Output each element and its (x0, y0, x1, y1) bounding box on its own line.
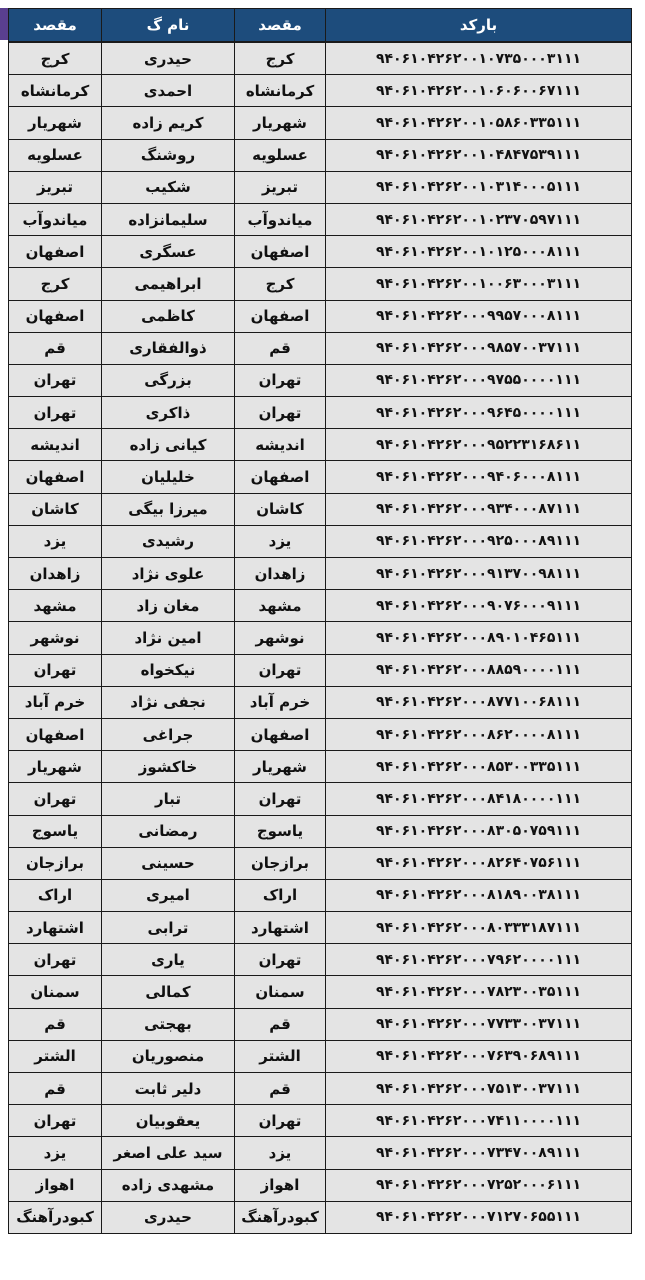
destination-1-cell: کاشان (235, 493, 326, 525)
barcode-cell: ۹۴۰۶۱۰۴۲۶۲۰۰۰۸۸۵۹۰۰۰۰۱۱۱ (326, 654, 632, 686)
destination-1-cell: تبریز (235, 171, 326, 203)
barcode-cell: ۹۴۰۶۱۰۴۲۶۲۰۰۰۹۶۴۵۰۰۰۰۱۱۱ (326, 397, 632, 429)
header-destination-1: مقصد (235, 9, 326, 43)
name-cell: حیدری (102, 42, 235, 75)
barcode-cell: ۹۴۰۶۱۰۴۲۶۲۰۰۱۰۰۶۳۰۰۰۳۱۱۱ (326, 268, 632, 300)
name-cell: کاظمی (102, 300, 235, 332)
table-row: ۹۴۰۶۱۰۴۲۶۲۰۰۰۸۳۰۵۰۷۵۹۱۱۱یاسوجرمضانییاسوج (9, 815, 632, 847)
barcode-cell: ۹۴۰۶۱۰۴۲۶۲۰۰۰۸۹۰۱۰۴۶۵۱۱۱ (326, 622, 632, 654)
destination-2-cell: تهران (9, 944, 102, 976)
name-cell: احمدی (102, 75, 235, 107)
destination-1-cell: الشتر (235, 1040, 326, 1072)
name-cell: منصوریان (102, 1040, 235, 1072)
name-cell: سید علی اصغر (102, 1137, 235, 1169)
name-cell: نیکخواه (102, 654, 235, 686)
barcode-cell: ۹۴۰۶۱۰۴۲۶۲۰۰۰۹۰۷۶۰۰۰۹۱۱۱ (326, 590, 632, 622)
name-cell: میرزا بیگی (102, 493, 235, 525)
destination-2-cell: برازجان (9, 847, 102, 879)
name-cell: مغان زاد (102, 590, 235, 622)
destination-1-cell: شهریار (235, 751, 326, 783)
header-destination-2: مقصد (9, 9, 102, 43)
destination-1-cell: اصفهان (235, 300, 326, 332)
barcode-cell: ۹۴۰۶۱۰۴۲۶۲۰۰۰۸۳۰۵۰۷۵۹۱۱۱ (326, 815, 632, 847)
barcode-cell: ۹۴۰۶۱۰۴۲۶۲۰۰۰۹۴۰۶۰۰۰۸۱۱۱ (326, 461, 632, 493)
destination-1-cell: سمنان (235, 976, 326, 1008)
destination-1-cell: تهران (235, 397, 326, 429)
barcode-cell: ۹۴۰۶۱۰۴۲۶۲۰۰۰۷۹۶۲۰۰۰۰۱۱۱ (326, 944, 632, 976)
destination-2-cell: کبودرآهنگ (9, 1201, 102, 1233)
table-row: ۹۴۰۶۱۰۴۲۶۲۰۰۱۰۲۳۷۰۵۹۷۱۱۱میاندوآبسلیمانزا… (9, 203, 632, 235)
destination-1-cell: اصفهان (235, 718, 326, 750)
table-row: ۹۴۰۶۱۰۴۲۶۲۰۰۱۰۵۸۶۰۳۳۵۱۱۱شهریارکریم زادهش… (9, 107, 632, 139)
name-cell: ترابی (102, 912, 235, 944)
destination-1-cell: زاهدان (235, 558, 326, 590)
destination-1-cell: کرج (235, 42, 326, 75)
barcode-cell: ۹۴۰۶۱۰۴۲۶۲۰۰۰۷۱۲۷۰۶۵۵۱۱۱ (326, 1201, 632, 1233)
table-row: ۹۴۰۶۱۰۴۲۶۲۰۰۰۹۱۳۷۰۰۹۸۱۱۱زاهدانعلوی نژادز… (9, 558, 632, 590)
table-row: ۹۴۰۶۱۰۴۲۶۲۰۰۰۸۹۰۱۰۴۶۵۱۱۱نوشهرامین نژادنو… (9, 622, 632, 654)
table-row: ۹۴۰۶۱۰۴۲۶۲۰۰۰۷۸۲۳۰۰۳۵۱۱۱سمنانکمالیسمنان (9, 976, 632, 1008)
shipment-table: بارکد مقصد نام گ مقصد ۹۴۰۶۱۰۴۲۶۲۰۰۱۰۷۳۵۰… (8, 8, 632, 1234)
destination-2-cell: اشتهارد (9, 912, 102, 944)
destination-1-cell: میاندوآب (235, 203, 326, 235)
table-row: ۹۴۰۶۱۰۴۲۶۲۰۰۰۹۶۴۵۰۰۰۰۱۱۱تهرانذاکریتهران (9, 397, 632, 429)
name-cell: روشنگ (102, 139, 235, 171)
table-row: ۹۴۰۶۱۰۴۲۶۲۰۰۰۷۱۲۷۰۶۵۵۱۱۱کبودرآهنگحیدریکب… (9, 1201, 632, 1233)
name-cell: یعقوبیان (102, 1105, 235, 1137)
destination-2-cell: سمنان (9, 976, 102, 1008)
table-body: ۹۴۰۶۱۰۴۲۶۲۰۰۱۰۷۳۵۰۰۰۳۱۱۱کرجحیدریکرج۹۴۰۶۱… (9, 42, 632, 1233)
name-cell: یاری (102, 944, 235, 976)
destination-1-cell: اراک (235, 879, 326, 911)
destination-1-cell: تهران (235, 783, 326, 815)
destination-2-cell: قم (9, 332, 102, 364)
destination-1-cell: یاسوج (235, 815, 326, 847)
barcode-cell: ۹۴۰۶۱۰۴۲۶۲۰۰۰۷۶۳۹۰۶۸۹۱۱۱ (326, 1040, 632, 1072)
barcode-cell: ۹۴۰۶۱۰۴۲۶۲۰۰۰۷۲۵۲۰۰۰۶۱۱۱ (326, 1169, 632, 1201)
destination-1-cell: قم (235, 332, 326, 364)
barcode-cell: ۹۴۰۶۱۰۴۲۶۲۰۰۰۹۱۳۷۰۰۹۸۱۱۱ (326, 558, 632, 590)
destination-2-cell: اندیشه (9, 429, 102, 461)
destination-2-cell: قم (9, 1073, 102, 1105)
name-cell: حسینی (102, 847, 235, 879)
destination-2-cell: تهران (9, 1105, 102, 1137)
table-row: ۹۴۰۶۱۰۴۲۶۲۰۰۰۸۲۶۴۰۷۵۶۱۱۱برازجانحسینیبراز… (9, 847, 632, 879)
table-row: ۹۴۰۶۱۰۴۲۶۲۰۰۱۰۴۸۴۷۵۳۹۱۱۱عسلویهروشنگعسلوی… (9, 139, 632, 171)
table-row: ۹۴۰۶۱۰۴۲۶۲۰۰۰۸۰۳۳۳۱۸۷۱۱۱اشتهاردترابیاشته… (9, 912, 632, 944)
destination-2-cell: خرم آباد (9, 686, 102, 718)
name-cell: نجفی نژاد (102, 686, 235, 718)
table-row: ۹۴۰۶۱۰۴۲۶۲۰۰۰۷۵۱۳۰۰۳۷۱۱۱قمدلیر ثابتقم (9, 1073, 632, 1105)
table-row: ۹۴۰۶۱۰۴۲۶۲۰۰۱۰۶۰۶۰۰۶۷۱۱۱کرمانشاهاحمدیکرم… (9, 75, 632, 107)
table-row: ۹۴۰۶۱۰۴۲۶۲۰۰۱۰۱۲۵۰۰۰۸۱۱۱اصفهانعسگریاصفها… (9, 236, 632, 268)
destination-2-cell: عسلویه (9, 139, 102, 171)
destination-2-cell: یاسوج (9, 815, 102, 847)
name-cell: کمالی (102, 976, 235, 1008)
destination-2-cell: یزد (9, 525, 102, 557)
destination-2-cell: اهواز (9, 1169, 102, 1201)
destination-1-cell: اهواز (235, 1169, 326, 1201)
table-row: ۹۴۰۶۱۰۴۲۶۲۰۰۰۸۸۵۹۰۰۰۰۱۱۱تهراننیکخواهتهرا… (9, 654, 632, 686)
destination-1-cell: اندیشه (235, 429, 326, 461)
barcode-cell: ۹۴۰۶۱۰۴۲۶۲۰۰۰۷۸۲۳۰۰۳۵۱۱۱ (326, 976, 632, 1008)
name-cell: شکیب (102, 171, 235, 203)
destination-2-cell: اصفهان (9, 300, 102, 332)
barcode-cell: ۹۴۰۶۱۰۴۲۶۲۰۰۰۹۳۴۰۰۰۸۷۱۱۱ (326, 493, 632, 525)
name-cell: بهجتی (102, 1008, 235, 1040)
barcode-cell: ۹۴۰۶۱۰۴۲۶۲۰۰۰۹۵۲۲۳۱۶۸۶۱۱ (326, 429, 632, 461)
table-row: ۹۴۰۶۱۰۴۲۶۲۰۰۰۷۹۶۲۰۰۰۰۱۱۱تهرانیاریتهران (9, 944, 632, 976)
table-row: ۹۴۰۶۱۰۴۲۶۲۰۰۰۹۵۲۲۳۱۶۸۶۱۱اندیشهکیانی زاده… (9, 429, 632, 461)
table-row: ۹۴۰۶۱۰۴۲۶۲۰۰۰۹۳۴۰۰۰۸۷۱۱۱کاشانمیرزا بیگیک… (9, 493, 632, 525)
destination-2-cell: قم (9, 1008, 102, 1040)
destination-1-cell: قم (235, 1073, 326, 1105)
name-cell: خاکشوز (102, 751, 235, 783)
destination-2-cell: الشتر (9, 1040, 102, 1072)
destination-2-cell: میاندوآب (9, 203, 102, 235)
table-row: ۹۴۰۶۱۰۴۲۶۲۰۰۰۹۴۰۶۰۰۰۸۱۱۱اصفهانخلیلیاناصف… (9, 461, 632, 493)
table-row: ۹۴۰۶۱۰۴۲۶۲۰۰۰۹۸۵۷۰۰۳۷۱۱۱قمذوالفقاریقم (9, 332, 632, 364)
name-cell: ابراهیمی (102, 268, 235, 300)
name-cell: جراغی (102, 718, 235, 750)
destination-2-cell: شهریار (9, 107, 102, 139)
destination-2-cell: کرج (9, 268, 102, 300)
barcode-cell: ۹۴۰۶۱۰۴۲۶۲۰۰۰۸۵۳۰۰۳۳۵۱۱۱ (326, 751, 632, 783)
name-cell: امین نژاد (102, 622, 235, 654)
barcode-cell: ۹۴۰۶۱۰۴۲۶۲۰۰۰۷۳۴۷۰۰۸۹۱۱۱ (326, 1137, 632, 1169)
name-cell: حیدری (102, 1201, 235, 1233)
destination-2-cell: تهران (9, 397, 102, 429)
name-cell: بزرگی (102, 364, 235, 396)
destination-2-cell: تهران (9, 364, 102, 396)
name-cell: امیری (102, 879, 235, 911)
destination-1-cell: کرج (235, 268, 326, 300)
destination-1-cell: نوشهر (235, 622, 326, 654)
table-row: ۹۴۰۶۱۰۴۲۶۲۰۰۰۷۳۴۷۰۰۸۹۱۱۱یزدسید علی اصغری… (9, 1137, 632, 1169)
destination-1-cell: عسلویه (235, 139, 326, 171)
destination-2-cell: کرج (9, 42, 102, 75)
barcode-cell: ۹۴۰۶۱۰۴۲۶۲۰۰۰۷۷۳۳۰۰۳۷۱۱۱ (326, 1008, 632, 1040)
destination-2-cell: نوشهر (9, 622, 102, 654)
barcode-cell: ۹۴۰۶۱۰۴۲۶۲۰۰۱۰۴۸۴۷۵۳۹۱۱۱ (326, 139, 632, 171)
destination-1-cell: اصفهان (235, 461, 326, 493)
destination-1-cell: یزد (235, 1137, 326, 1169)
name-cell: رمضانی (102, 815, 235, 847)
barcode-cell: ۹۴۰۶۱۰۴۲۶۲۰۰۰۹۹۵۷۰۰۰۸۱۱۱ (326, 300, 632, 332)
destination-1-cell: شهریار (235, 107, 326, 139)
barcode-cell: ۹۴۰۶۱۰۴۲۶۲۰۰۱۰۶۰۶۰۰۶۷۱۱۱ (326, 75, 632, 107)
barcode-cell: ۹۴۰۶۱۰۴۲۶۲۰۰۰۹۲۵۰۰۰۸۹۱۱۱ (326, 525, 632, 557)
barcode-cell: ۹۴۰۶۱۰۴۲۶۲۰۰۰۹۸۵۷۰۰۳۷۱۱۱ (326, 332, 632, 364)
destination-2-cell: اصفهان (9, 461, 102, 493)
table-row: ۹۴۰۶۱۰۴۲۶۲۰۰۰۹۰۷۶۰۰۰۹۱۱۱مشهدمغان زادمشهد (9, 590, 632, 622)
barcode-cell: ۹۴۰۶۱۰۴۲۶۲۰۰۰۸۰۳۳۳۱۸۷۱۱۱ (326, 912, 632, 944)
destination-1-cell: تهران (235, 654, 326, 686)
destination-1-cell: برازجان (235, 847, 326, 879)
name-cell: خلیلیان (102, 461, 235, 493)
destination-2-cell: تبریز (9, 171, 102, 203)
name-cell: عسگری (102, 236, 235, 268)
table-row: ۹۴۰۶۱۰۴۲۶۲۰۰۰۸۶۲۰۰۰۰۸۱۱۱اصفهانجراغیاصفها… (9, 718, 632, 750)
destination-1-cell: تهران (235, 364, 326, 396)
destination-2-cell: تهران (9, 783, 102, 815)
table-row: ۹۴۰۶۱۰۴۲۶۲۰۰۰۷۴۱۱۰۰۰۰۱۱۱تهرانیعقوبیانتهر… (9, 1105, 632, 1137)
header-barcode: بارکد (326, 9, 632, 43)
table-row: ۹۴۰۶۱۰۴۲۶۲۰۰۱۰۷۳۵۰۰۰۳۱۱۱کرجحیدریکرج (9, 42, 632, 75)
barcode-cell: ۹۴۰۶۱۰۴۲۶۲۰۰۱۰۲۳۷۰۵۹۷۱۱۱ (326, 203, 632, 235)
barcode-cell: ۹۴۰۶۱۰۴۲۶۲۰۰۰۸۶۲۰۰۰۰۸۱۱۱ (326, 718, 632, 750)
name-cell: کیانی زاده (102, 429, 235, 461)
barcode-cell: ۹۴۰۶۱۰۴۲۶۲۰۰۰۷۵۱۳۰۰۳۷۱۱۱ (326, 1073, 632, 1105)
table-row: ۹۴۰۶۱۰۴۲۶۲۰۰۰۸۷۷۱۰۰۶۸۱۱۱خرم آبادنجفی نژا… (9, 686, 632, 718)
barcode-cell: ۹۴۰۶۱۰۴۲۶۲۰۰۰۹۷۵۵۰۰۰۰۱۱۱ (326, 364, 632, 396)
destination-2-cell: مشهد (9, 590, 102, 622)
table-header: بارکد مقصد نام گ مقصد (9, 9, 632, 43)
barcode-cell: ۹۴۰۶۱۰۴۲۶۲۰۰۰۷۴۱۱۰۰۰۰۱۱۱ (326, 1105, 632, 1137)
table-row: ۹۴۰۶۱۰۴۲۶۲۰۰۰۷۷۳۳۰۰۳۷۱۱۱قمبهجتیقم (9, 1008, 632, 1040)
destination-2-cell: اصفهان (9, 718, 102, 750)
barcode-cell: ۹۴۰۶۱۰۴۲۶۲۰۰۱۰۷۳۵۰۰۰۳۱۱۱ (326, 42, 632, 75)
name-cell: ذاکری (102, 397, 235, 429)
destination-1-cell: اصفهان (235, 236, 326, 268)
barcode-cell: ۹۴۰۶۱۰۴۲۶۲۰۰۰۸۷۷۱۰۰۶۸۱۱۱ (326, 686, 632, 718)
barcode-cell: ۹۴۰۶۱۰۴۲۶۲۰۰۱۰۱۲۵۰۰۰۸۱۱۱ (326, 236, 632, 268)
name-cell: علوی نژاد (102, 558, 235, 590)
table-row: ۹۴۰۶۱۰۴۲۶۲۰۰۱۰۰۶۳۰۰۰۳۱۱۱کرجابراهیمیکرج (9, 268, 632, 300)
destination-1-cell: تهران (235, 1105, 326, 1137)
destination-1-cell: مشهد (235, 590, 326, 622)
destination-2-cell: اصفهان (9, 236, 102, 268)
destination-1-cell: یزد (235, 525, 326, 557)
table-row: ۹۴۰۶۱۰۴۲۶۲۰۰۰۹۲۵۰۰۰۸۹۱۱۱یزدرشیدییزد (9, 525, 632, 557)
destination-1-cell: خرم آباد (235, 686, 326, 718)
name-cell: تبار (102, 783, 235, 815)
name-cell: سلیمانزاده (102, 203, 235, 235)
destination-1-cell: اشتهارد (235, 912, 326, 944)
table-row: ۹۴۰۶۱۰۴۲۶۲۰۰۰۸۵۳۰۰۳۳۵۱۱۱شهریارخاکشوزشهری… (9, 751, 632, 783)
left-accent-bar (0, 8, 8, 40)
table-row: ۹۴۰۶۱۰۴۲۶۲۰۰۰۹۷۵۵۰۰۰۰۱۱۱تهرانبزرگیتهران (9, 364, 632, 396)
destination-1-cell: کبودرآهنگ (235, 1201, 326, 1233)
table-row: ۹۴۰۶۱۰۴۲۶۲۰۰۰۸۴۱۸۰۰۰۰۱۱۱تهرانتبارتهران (9, 783, 632, 815)
name-cell: رشیدی (102, 525, 235, 557)
destination-2-cell: تهران (9, 654, 102, 686)
barcode-cell: ۹۴۰۶۱۰۴۲۶۲۰۰۰۸۴۱۸۰۰۰۰۱۱۱ (326, 783, 632, 815)
destination-1-cell: کرمانشاه (235, 75, 326, 107)
destination-1-cell: قم (235, 1008, 326, 1040)
name-cell: کریم زاده (102, 107, 235, 139)
destination-1-cell: تهران (235, 944, 326, 976)
destination-2-cell: شهریار (9, 751, 102, 783)
destination-2-cell: زاهدان (9, 558, 102, 590)
destination-2-cell: یزد (9, 1137, 102, 1169)
header-name: نام گ (102, 9, 235, 43)
destination-2-cell: کرمانشاه (9, 75, 102, 107)
barcode-cell: ۹۴۰۶۱۰۴۲۶۲۰۰۰۸۱۸۹۰۰۳۸۱۱۱ (326, 879, 632, 911)
table-row: ۹۴۰۶۱۰۴۲۶۲۰۰۰۷۶۳۹۰۶۸۹۱۱۱الشترمنصوریانالش… (9, 1040, 632, 1072)
name-cell: دلیر ثابت (102, 1073, 235, 1105)
destination-2-cell: کاشان (9, 493, 102, 525)
table-row: ۹۴۰۶۱۰۴۲۶۲۰۰۰۸۱۸۹۰۰۳۸۱۱۱اراکامیریاراک (9, 879, 632, 911)
barcode-cell: ۹۴۰۶۱۰۴۲۶۲۰۰۰۸۲۶۴۰۷۵۶۱۱۱ (326, 847, 632, 879)
destination-2-cell: اراک (9, 879, 102, 911)
barcode-cell: ۹۴۰۶۱۰۴۲۶۲۰۰۱۰۵۸۶۰۳۳۵۱۱۱ (326, 107, 632, 139)
table-row: ۹۴۰۶۱۰۴۲۶۲۰۰۰۹۹۵۷۰۰۰۸۱۱۱اصفهانکاظمیاصفها… (9, 300, 632, 332)
name-cell: مشهدی زاده (102, 1169, 235, 1201)
shipment-table-container: بارکد مقصد نام گ مقصد ۹۴۰۶۱۰۴۲۶۲۰۰۱۰۷۳۵۰… (8, 8, 631, 1234)
barcode-cell: ۹۴۰۶۱۰۴۲۶۲۰۰۱۰۳۱۴۰۰۰۵۱۱۱ (326, 171, 632, 203)
table-row: ۹۴۰۶۱۰۴۲۶۲۰۰۰۷۲۵۲۰۰۰۶۱۱۱اهوازمشهدی زادها… (9, 1169, 632, 1201)
header-row: بارکد مقصد نام گ مقصد (9, 9, 632, 43)
name-cell: ذوالفقاری (102, 332, 235, 364)
table-row: ۹۴۰۶۱۰۴۲۶۲۰۰۱۰۳۱۴۰۰۰۵۱۱۱تبریزشکیبتبریز (9, 171, 632, 203)
